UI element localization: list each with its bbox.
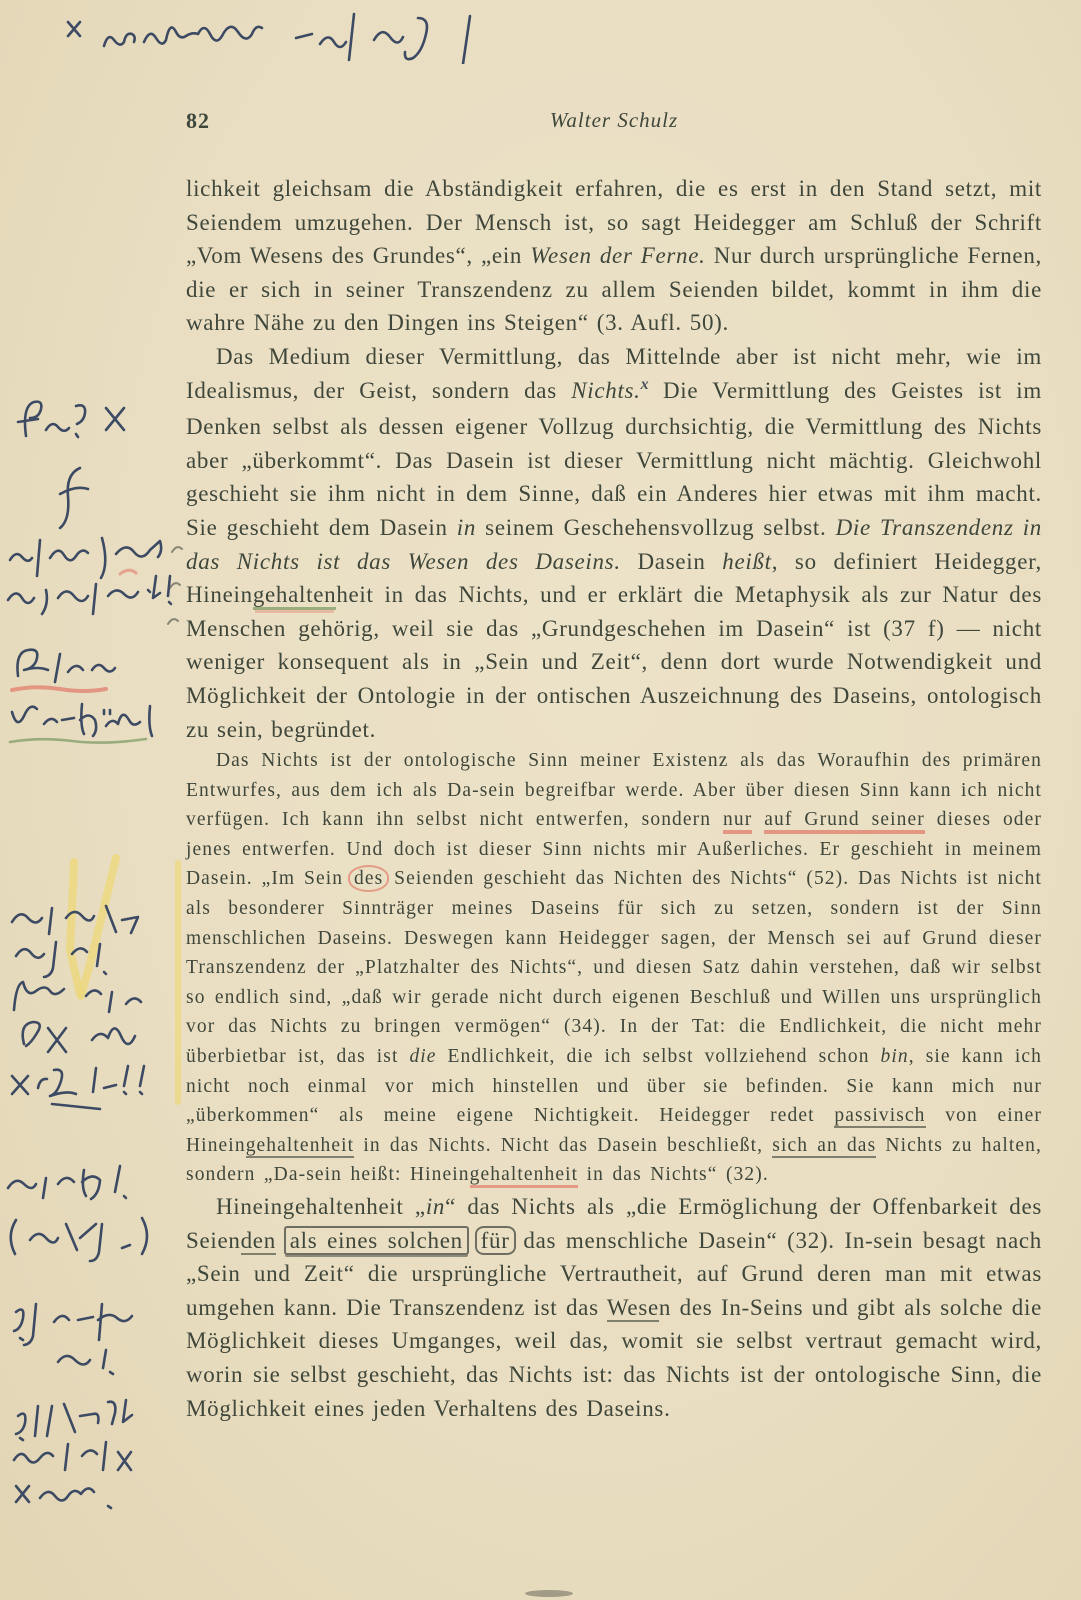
annotated-text: gehaltenheit [246,1135,355,1158]
margin-note-tein [6,1292,166,1387]
annotated-text: auf Grund seiner [764,809,925,834]
edge-tick-marks [166,540,188,640]
margin-note-nichts [6,1392,171,1522]
margin-note-fps [8,392,138,447]
body-text: in das Nichts. Nicht das Dasein beschlie… [354,1135,772,1156]
paragraph-small-print: Das Nichts ist der ontologische Sinn mei… [186,746,1042,1190]
body-text: in das Nichts“ (32). [578,1164,769,1185]
margin-note-verhaeltnis [4,696,169,751]
italic-text: in [457,515,476,540]
body-text: Endlichkeit, die ich selbst vollziehend … [437,1046,881,1067]
annotated-text: x [641,376,649,393]
margin-note-darf [4,530,184,625]
page-number: 82 [186,108,210,134]
body-text: Dasein [621,549,722,574]
italic-text: heißt [722,549,772,574]
italic-text: die [409,1046,436,1067]
text-column: lichkeit gleichsam die Abständigkeit erf… [186,172,1042,1425]
paragraph-medium-vermittlung: Das Medium dieser Vermittlung, das Mitte… [186,340,1042,746]
margin-note-top [58,4,488,64]
margin-note-broft [6,640,126,700]
annotated-text: nur [723,809,752,834]
scan-smudge [525,1590,573,1597]
margin-note-f [50,460,100,530]
margin-note-dasein-block [4,898,179,1113]
annotated-text: sich an das [772,1135,876,1158]
annotated-text: gehalten [253,582,337,610]
annotated-text: den [241,1228,276,1255]
annotated-text: passivisch [834,1105,925,1128]
body-text: Seienden geschieht das Nichten des Nicht… [186,868,1042,1067]
italic-text: Wesen der Ferne. [530,243,705,268]
annotated-text: als eines solchen [284,1226,469,1255]
annotated-text: des [348,865,389,892]
annotated-text: Wese [607,1295,659,1322]
annotated-text: für [475,1226,516,1255]
body-text: Hineingehaltenheit „ [216,1194,426,1219]
page-header: 82 Walter Schulz [186,108,1042,133]
body-text: seinem Geschehensvollzug selbst. [476,515,835,540]
margin-note-vh [2,1158,172,1268]
running-head: Walter Schulz [186,108,1042,133]
body-text [752,809,764,830]
italic-text: in [426,1194,445,1219]
italic-text: bin [881,1046,909,1067]
annotated-text: gehaltenheit [470,1164,579,1188]
paragraph-hineingehaltenheit: Hineingehaltenheit „in“ das Nichts als „… [186,1190,1042,1425]
scanned-page: 82 Walter Schulz [0,0,1081,1600]
italic-text: Nichts. [571,378,640,403]
paragraph-continuation: lichkeit gleichsam die Abständigkeit erf… [186,172,1042,340]
